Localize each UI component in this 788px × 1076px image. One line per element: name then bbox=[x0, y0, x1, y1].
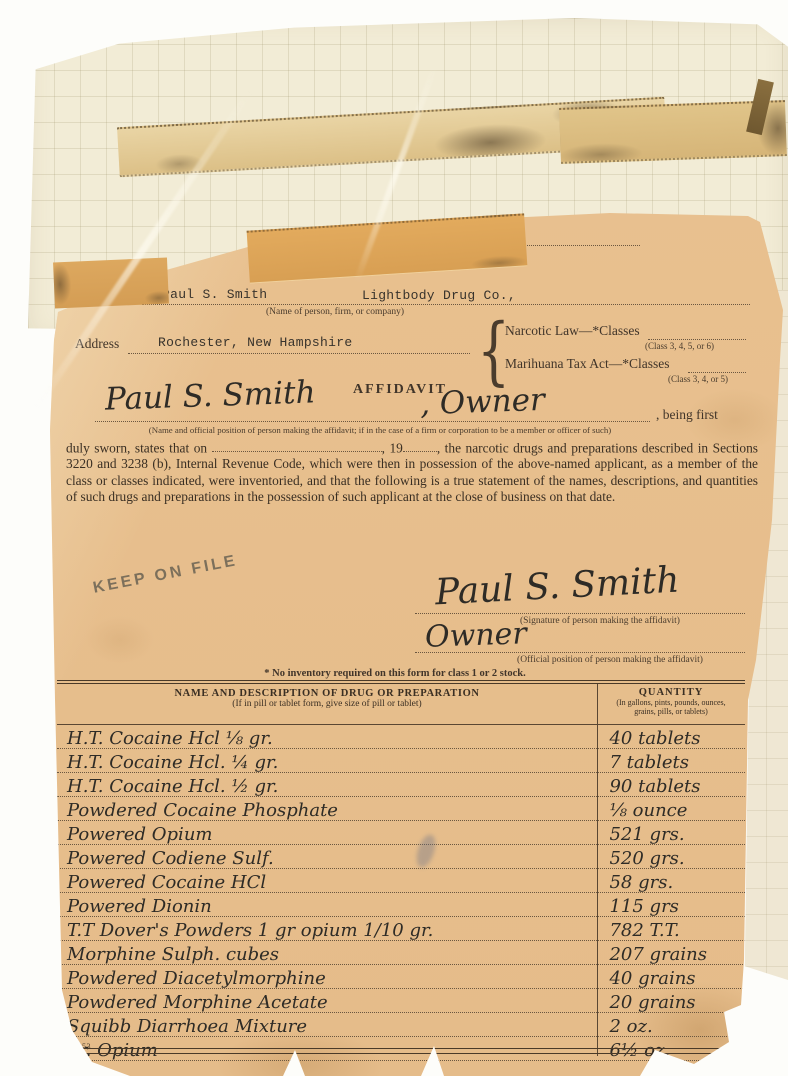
table-row: Squibb Diarrhoea Mixture2 oz. bbox=[57, 1013, 745, 1037]
drug-qty: 115 grs bbox=[589, 898, 745, 916]
drug-name: H.T. Cocaine Hcl ⅛ gr. bbox=[57, 730, 589, 748]
narcotic-classes-blank bbox=[648, 338, 746, 340]
signature-line bbox=[415, 612, 745, 614]
table-header: NAME AND DESCRIPTION OF DRUG OR PREPARAT… bbox=[57, 684, 745, 725]
drug-qty: 20 grains bbox=[589, 994, 745, 1012]
applicant-blank-line bbox=[142, 303, 750, 305]
column-header-name: NAME AND DESCRIPTION OF DRUG OR PREPARAT… bbox=[57, 684, 597, 724]
affidavit-body-pre: duly sworn, states that on bbox=[66, 440, 212, 455]
applicant-name-typed: Paul S. Smith bbox=[162, 287, 267, 302]
drug-name: Powered Opium bbox=[57, 826, 589, 844]
address-value-typed: Rochester, New Hampshire bbox=[158, 335, 352, 350]
table-row: H.T. Cocaine Hcl. ½ gr.90 tablets bbox=[57, 773, 745, 797]
marihuana-classes-blank bbox=[688, 371, 746, 373]
drug-name: Powered Codiene Sulf. bbox=[57, 850, 589, 868]
inventory-table: NAME AND DESCRIPTION OF DRUG OR PREPARAT… bbox=[57, 680, 745, 1061]
drug-qty: 7 tablets bbox=[589, 754, 745, 772]
drug-name: Powered Dionin bbox=[57, 898, 589, 916]
drug-qty: 782 T.T. bbox=[589, 922, 745, 940]
table-row: H.T. Cocaine Hcl ⅛ gr.40 tablets bbox=[57, 725, 745, 749]
table-row: Powered Codiene Sulf.520 grs. bbox=[57, 845, 745, 869]
drug-qty: 2 oz. bbox=[589, 1018, 745, 1036]
tape-strip-orange-left bbox=[53, 258, 169, 309]
table-row: Powered Cocaine HCl58 grs. bbox=[57, 869, 745, 893]
applicant-company-typed: Lightbody Drug Co., bbox=[362, 288, 516, 303]
narcotic-law-label: Narcotic Law—*Classes bbox=[505, 323, 640, 339]
affidavit-body: duly sworn, states that on , 19, the nar… bbox=[66, 440, 758, 505]
footnote: * No inventory required on this form for… bbox=[200, 668, 590, 679]
marihuana-tax-label: Marihuana Tax Act—*Classes bbox=[505, 356, 670, 372]
position-handwritten: Owner bbox=[424, 616, 527, 655]
drug-name: H.T. Cocaine Hcl. ½ gr. bbox=[57, 778, 589, 796]
drug-name: Powered Cocaine HCl bbox=[57, 874, 589, 892]
printers-form-number: 2—9953 bbox=[60, 1042, 91, 1051]
drug-qty: 40 tablets bbox=[589, 730, 745, 748]
affidavit-body-year: , 19 bbox=[382, 440, 403, 455]
signature-handwritten: Paul S. Smith bbox=[434, 560, 680, 614]
table-row: Morphine Sulph. cubes207 grains bbox=[57, 941, 745, 965]
keep-on-file-stamp: KEEP ON FILE bbox=[92, 552, 240, 598]
address-label: Address bbox=[75, 336, 119, 352]
table-row: H.T. Cocaine Hcl. ¼ gr.7 tablets bbox=[57, 749, 745, 773]
drug-name: Powdered Cocaine Phosphate bbox=[57, 802, 589, 820]
drug-qty: 520 grs. bbox=[589, 850, 745, 868]
drug-name: Morphine Sulph. cubes bbox=[57, 946, 589, 964]
marihuana-classes-caption: (Class 3, 4, or 5) bbox=[668, 374, 728, 384]
table-row: Powered Dionin115 grs bbox=[57, 893, 745, 917]
drug-name: Powdered Diacetylmorphine bbox=[57, 970, 589, 988]
drug-qty: 521 grs. bbox=[589, 826, 745, 844]
table-row: T.T Dover's Powders 1 gr opium 1/10 gr.7… bbox=[57, 917, 745, 941]
table-row: Powdered Diacetylmorphine40 grains bbox=[57, 965, 745, 989]
table-bottom-rule bbox=[57, 1048, 745, 1054]
table-row: Powdered Morphine Acetate20 grains bbox=[57, 989, 745, 1013]
scanned-document-scene: Form 713 TREASURY DEPARTMENT Internal Re… bbox=[0, 0, 788, 1076]
affidavit-name-handwritten: Paul S. Smith bbox=[104, 374, 316, 417]
narcotic-classes-caption: (Class 3, 4, 5, or 6) bbox=[645, 341, 714, 351]
table-column-divider bbox=[597, 684, 598, 1056]
applicant-caption: (Name of person, firm, or company) bbox=[200, 307, 470, 317]
year-blank bbox=[403, 440, 437, 452]
drug-qty: 40 grains bbox=[589, 970, 745, 988]
drug-name: Squibb Diarrhoea Mixture bbox=[57, 1018, 589, 1036]
position-line bbox=[415, 651, 745, 653]
date-blank bbox=[212, 440, 382, 452]
affidavit-blank-line bbox=[95, 420, 650, 422]
drug-qty: ⅛ ounce bbox=[589, 802, 745, 820]
drug-name: H.T. Cocaine Hcl. ¼ gr. bbox=[57, 754, 589, 772]
column-header-quantity: QUANTITY (In gallons, pints, pounds, oun… bbox=[597, 684, 745, 724]
drug-qty: 58 grs. bbox=[589, 874, 745, 892]
position-caption: (Official position of person making the … bbox=[465, 655, 755, 665]
drug-name: Powdered Morphine Acetate bbox=[57, 994, 589, 1012]
table-row: Powdered Cocaine Phosphate⅛ ounce bbox=[57, 797, 745, 821]
affidavit-position-handwritten: , Owner bbox=[419, 382, 545, 422]
drug-qty: 90 tablets bbox=[589, 778, 745, 796]
drug-name: T.T Dover's Powders 1 gr opium 1/10 gr. bbox=[57, 922, 589, 940]
address-blank-line bbox=[128, 352, 470, 354]
being-first-text: , being first bbox=[656, 407, 718, 423]
affidavit-caption: (Name and official position of person ma… bbox=[70, 425, 690, 435]
table-row: Powered Opium521 grs. bbox=[57, 821, 745, 845]
drug-qty: 207 grains bbox=[589, 946, 745, 964]
